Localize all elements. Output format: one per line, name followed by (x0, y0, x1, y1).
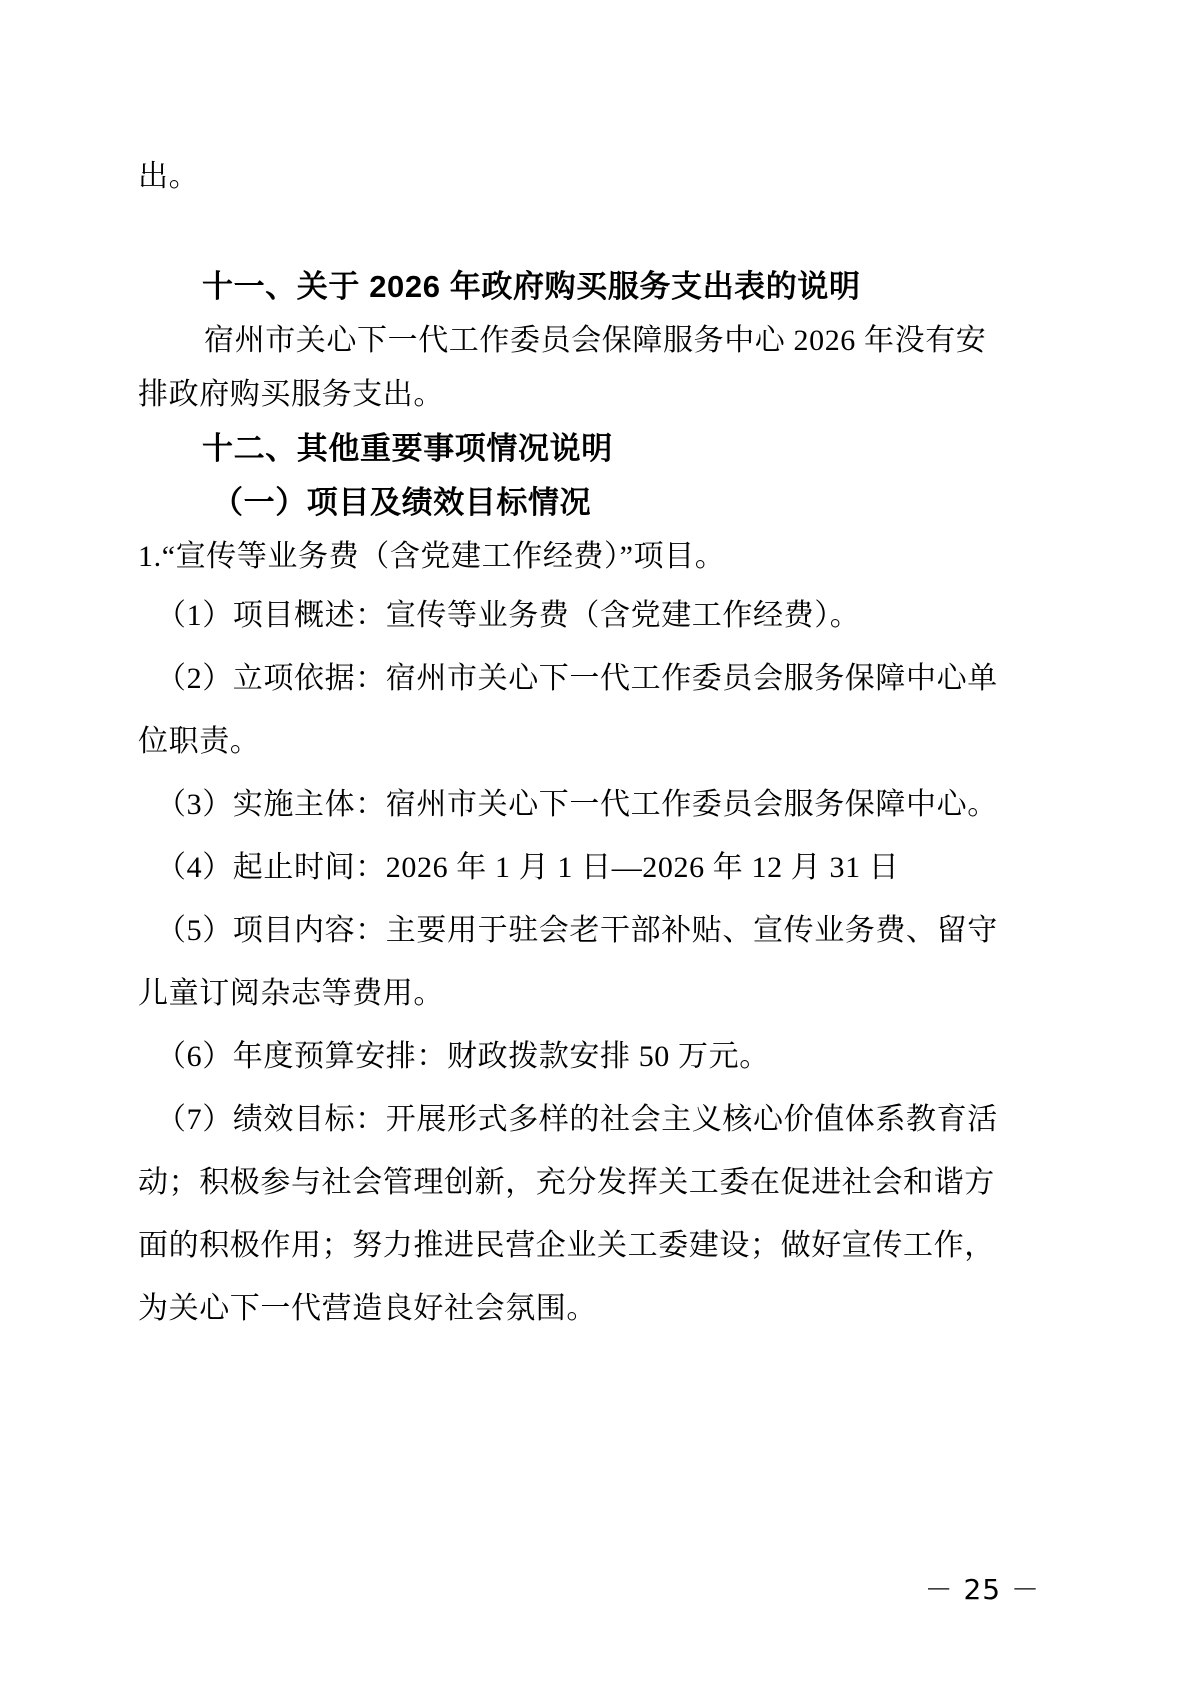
text-line: 出。 (138, 150, 1008, 204)
text-line: 位职责。 (138, 710, 1008, 773)
text-line: （3）实施主体：宿州市关心下一代工作委员会服务保障中心。 (138, 773, 1008, 836)
text-line: 宿州市关心下一代工作委员会保障服务中心 2026 年没有安 (138, 314, 1008, 368)
section-heading: （一）项目及绩效目标情况 (138, 476, 1008, 530)
document-page: 出。十一、关于 2026 年政府购买服务支出表的说明宿州市关心下一代工作委员会保… (0, 0, 1190, 1683)
text-line: （2）立项依据：宿州市关心下一代工作委员会服务保障中心单 (138, 647, 1008, 710)
text-line: 儿童订阅杂志等费用。 (138, 962, 1008, 1025)
text-line: （1）项目概述：宣传等业务费（含党建工作经费）。 (138, 584, 1008, 647)
text-line: 动；积极参与社会管理创新，充分发挥关工委在促进社会和谐方 (138, 1151, 1008, 1214)
text-line: （7）绩效目标：开展形式多样的社会主义核心价值体系教育活 (138, 1088, 1008, 1151)
page-number: － 25 － (925, 1568, 1040, 1608)
text-line: （5）项目内容：主要用于驻会老干部补贴、宣传业务费、留守 (138, 899, 1008, 962)
text-line: 1.“宣传等业务费（含党建工作经费）”项目。 (138, 530, 1008, 584)
text-line: 为关心下一代营造良好社会氛围。 (138, 1277, 1008, 1340)
text-line: 排政府购买服务支出。 (138, 368, 1008, 422)
section-heading: 十一、关于 2026 年政府购买服务支出表的说明 (138, 260, 1008, 314)
text-line: （6）年度预算安排：财政拨款安排 50 万元。 (138, 1025, 1008, 1088)
text-line: 面的积极作用；努力推进民营企业关工委建设；做好宣传工作， (138, 1214, 1008, 1277)
document-body: 出。十一、关于 2026 年政府购买服务支出表的说明宿州市关心下一代工作委员会保… (138, 150, 1008, 1340)
section-heading: 十二、其他重要事项情况说明 (138, 422, 1008, 476)
text-line: （4）起止时间：2026 年 1 月 1 日—2026 年 12 月 31 日 (138, 836, 1008, 899)
